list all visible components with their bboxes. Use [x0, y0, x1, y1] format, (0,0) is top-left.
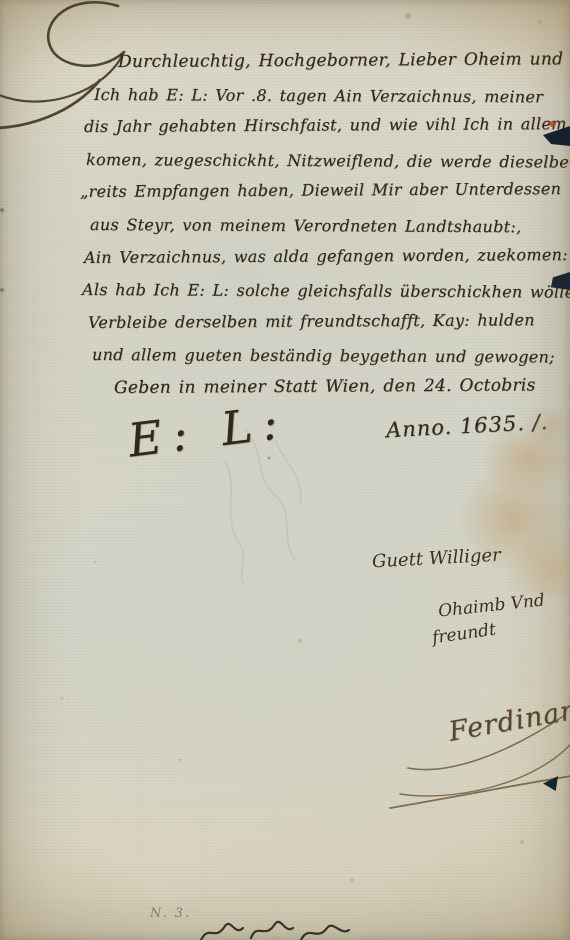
- closing-line-1: Guett Williger: [372, 545, 502, 573]
- anno-date-line: Anno. 1635. /.: [385, 410, 548, 442]
- body-line: Verbleibe derselben mit freundtschafft, …: [88, 304, 562, 339]
- letter-body: Durchleuchtig, Hochgeborner, Lieber Ohei…: [84, 46, 562, 405]
- body-line: Geben in meiner Statt Wien, den 24. Octo…: [114, 369, 562, 404]
- footer-number: N. 3.: [150, 906, 191, 921]
- cut-off-writing: [195, 918, 355, 940]
- manuscript-page: Durchleuchtig, Hochgeborner, Lieber Ohei…: [0, 0, 570, 940]
- body-line: „reits Empfangen haben, Dieweil Mir aber…: [80, 173, 562, 209]
- paper-stain: [430, 425, 570, 595]
- body-line: dis Jahr gehabten Hirschfaist, und wie v…: [84, 108, 562, 144]
- closing-line-3: freundt: [431, 620, 497, 649]
- body-line: Ain Verzaichnus, was alda gefangen worde…: [84, 239, 562, 275]
- closing-line-2: Ohaimb Vnd: [437, 590, 545, 621]
- body-line: Durchleuchtig, Hochgeborner, Lieber Ohei…: [118, 43, 562, 78]
